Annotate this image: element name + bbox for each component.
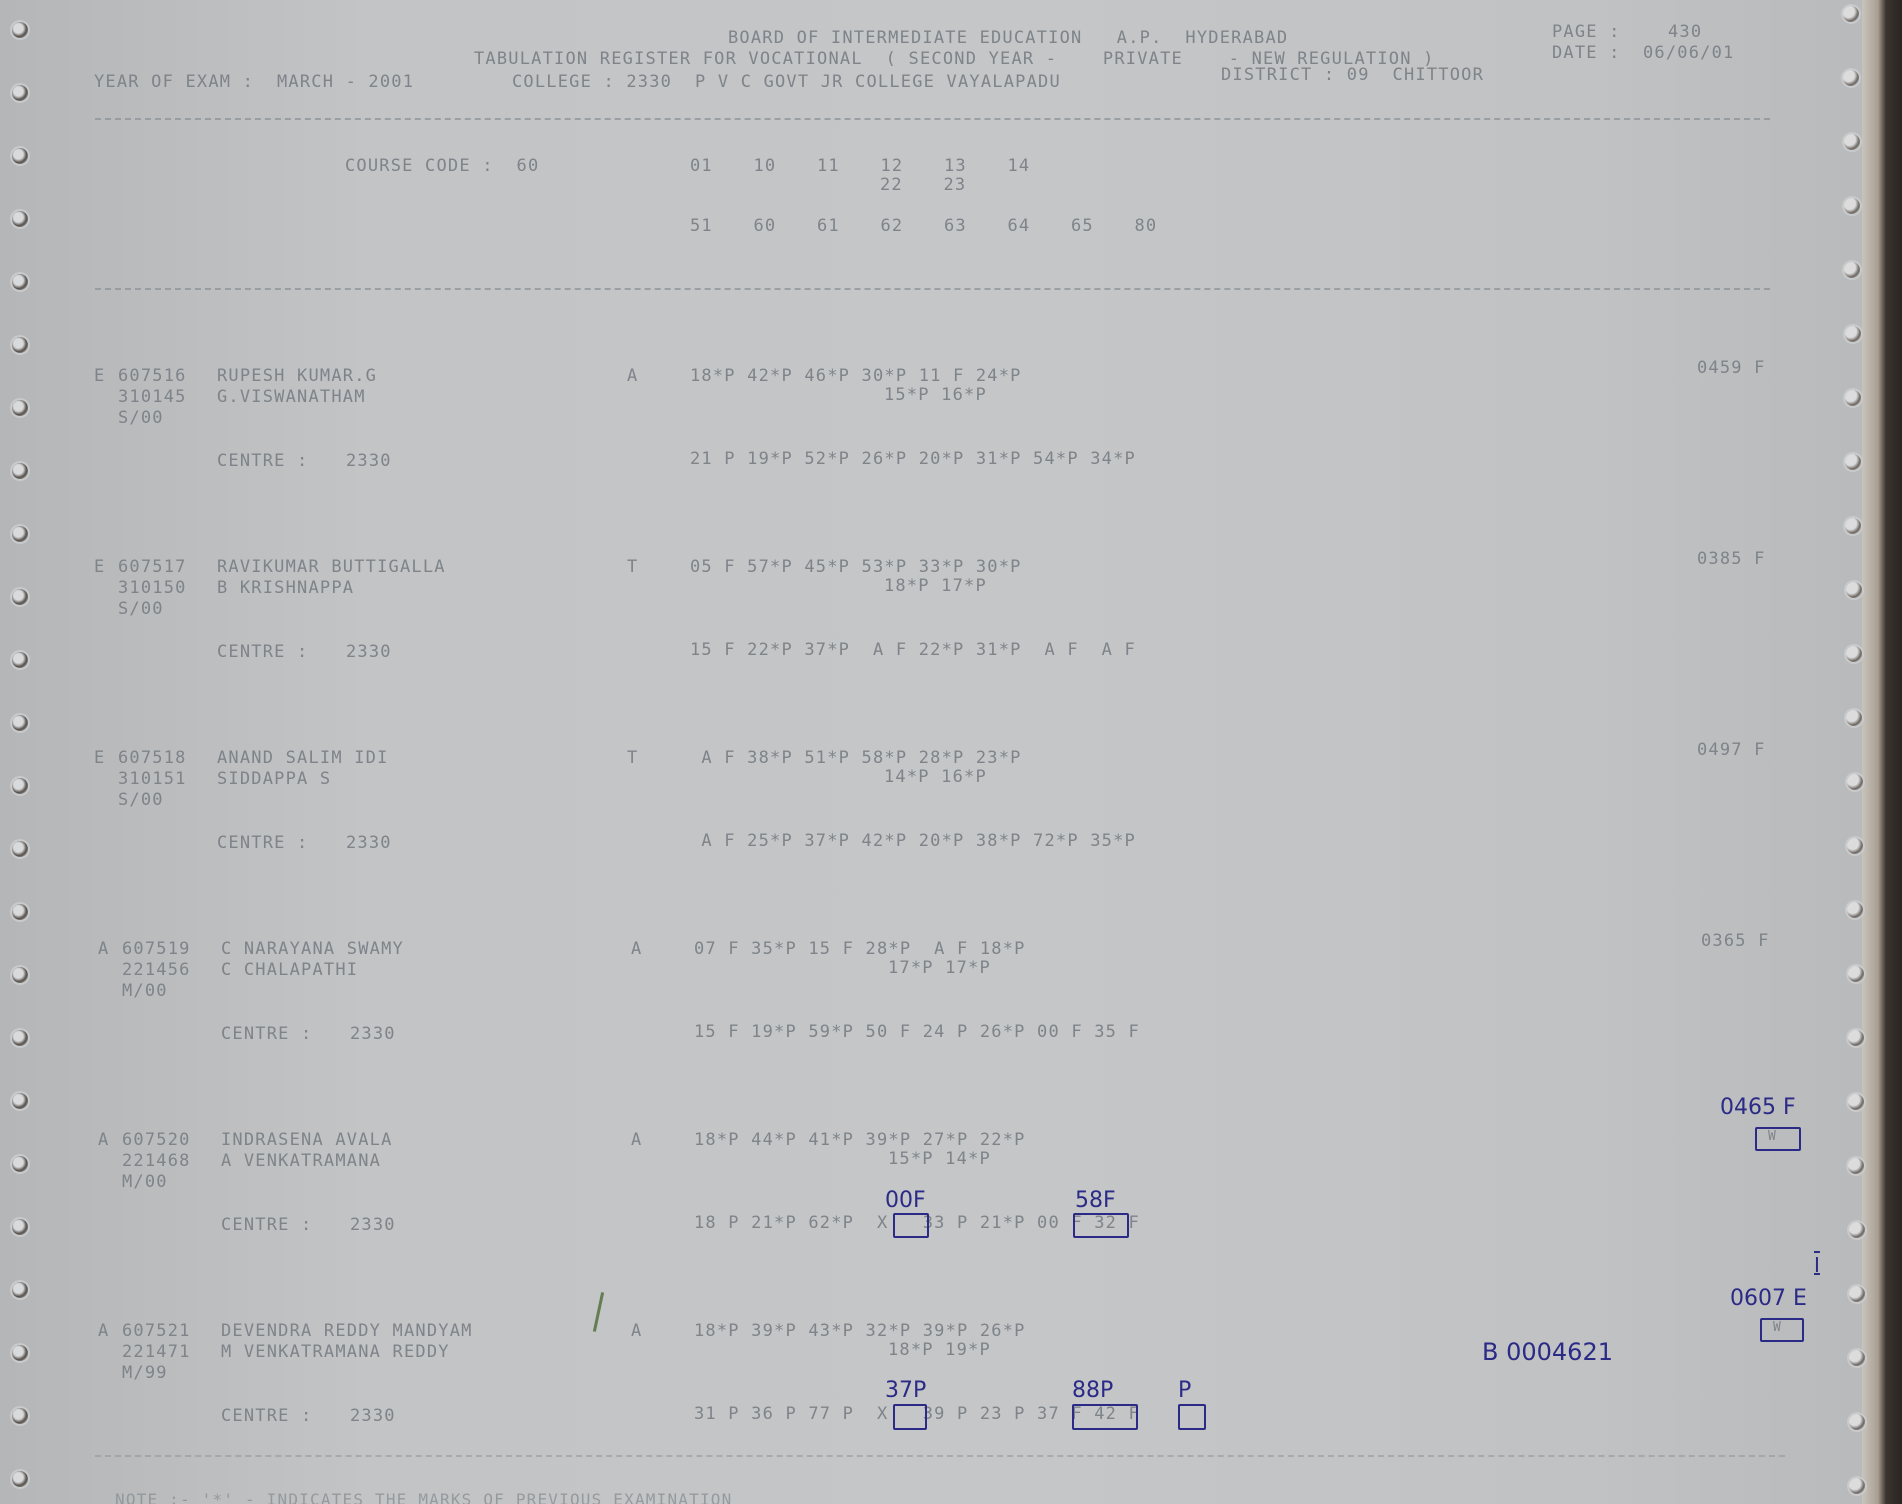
marks-part1-sub: 14*P 16*P: [884, 769, 987, 786]
registration-number: 221456: [122, 962, 191, 979]
marks-part1-sub: 17*P 17*P: [888, 960, 991, 977]
marks-part1: 18*P 42*P 46*P 30*P 11 F 24*P: [690, 368, 1022, 385]
correction-box: [1178, 1404, 1206, 1430]
marks-part1-sub: 18*P 17*P: [884, 578, 987, 595]
marks-part2: 15 F 19*P 59*P 50 F 24 P 26*P 00 F 35 F: [694, 1024, 1140, 1041]
feed-hole: [12, 22, 28, 38]
feed-hole: [12, 1093, 28, 1109]
centre-label: CENTRE :: [217, 644, 308, 661]
medium-code: A: [627, 368, 638, 385]
student-prefix: E: [94, 750, 105, 767]
centre-label: CENTRE :: [221, 1026, 312, 1043]
handwritten-mark: 00F: [885, 1190, 926, 1212]
parent-name: C CHALAPATHI: [221, 962, 358, 979]
year-of-exam: YEAR OF EXAM : MARCH - 2001: [94, 74, 414, 91]
feed-hole: [12, 1471, 28, 1487]
student-name: RAVIKUMAR BUTTIGALLA: [217, 559, 446, 576]
centre-code: 2330: [350, 1217, 396, 1234]
marks-part1-sub: 18*P 19*P: [888, 1342, 991, 1359]
subject-code: 64: [1008, 218, 1031, 235]
handwritten-total: 0465 F: [1720, 1097, 1796, 1119]
hall-ticket-number: 607517: [118, 559, 187, 576]
feed-hole: [1844, 134, 1860, 150]
feed-hole: [12, 1030, 28, 1046]
board-title: BOARD OF INTERMEDIATE EDUCATION A.P. HYD…: [728, 30, 1288, 47]
parent-name: M VENKATRAMANA REDDY: [221, 1344, 450, 1361]
feed-hole: [12, 526, 28, 542]
feed-hole: [12, 463, 28, 479]
subject-code: 63: [944, 218, 967, 235]
student-prefix: E: [94, 368, 105, 385]
registration-number: 221471: [122, 1344, 191, 1361]
centre-label: CENTRE :: [217, 453, 308, 470]
marks-part1: 18*P 39*P 43*P 32*P 39*P 26*P: [694, 1323, 1026, 1340]
course-code: COURSE CODE : 60: [345, 158, 539, 175]
correction-box: [1072, 1404, 1138, 1430]
feed-hole: [12, 589, 28, 605]
feed-hole: [1849, 1286, 1865, 1302]
medium-code: T: [627, 750, 638, 767]
feed-hole: [1843, 6, 1859, 22]
divider: [95, 118, 1770, 120]
hall-ticket-number: 607518: [118, 750, 187, 767]
registration-number: 310151: [118, 771, 187, 788]
marks-part2: 15 F 22*P 37*P A F 22*P 31*P A F A F: [690, 642, 1136, 659]
subject-code: 01: [690, 158, 713, 175]
medium-code: A: [631, 941, 642, 958]
hall-ticket-number: 607519: [122, 941, 191, 958]
feed-hole: [12, 211, 28, 227]
hall-ticket-number: 607521: [122, 1323, 191, 1340]
centre-code: 2330: [346, 644, 392, 661]
feed-hole: [12, 274, 28, 290]
subject-code: 12: [881, 158, 904, 175]
registration-number: 310150: [118, 580, 187, 597]
marks-part1: 18*P 44*P 41*P 39*P 27*P 22*P: [694, 1132, 1026, 1149]
feed-hole: [1849, 1414, 1865, 1430]
subject-code: 51: [690, 218, 713, 235]
feed-hole: [12, 1282, 28, 1298]
handwritten-mark: 88P: [1072, 1380, 1113, 1402]
feed-hole: [1844, 198, 1860, 214]
footer-note: NOTE :- '*' - INDICATES THE MARKS OF PRE…: [115, 1490, 732, 1504]
feed-hole: [1846, 582, 1862, 598]
feed-hole: [12, 1408, 28, 1424]
total-result: 0497 F: [1697, 742, 1766, 759]
parent-name: SIDDAPPA S: [217, 771, 331, 788]
feed-hole: [1849, 1350, 1865, 1366]
student-name: INDRASENA AVALA: [221, 1132, 393, 1149]
feed-hole: [12, 148, 28, 164]
page-number: 430: [1668, 24, 1702, 41]
hall-ticket-number: 607520: [122, 1132, 191, 1149]
feed-hole: [12, 85, 28, 101]
handwritten-grade: I: [1814, 1255, 1820, 1275]
marks-part1-sub: 15*P 16*P: [884, 387, 987, 404]
feed-hole: [1849, 1222, 1865, 1238]
stamp-letter: W: [1773, 1321, 1782, 1334]
date-label: DATE :: [1552, 45, 1621, 62]
divider: [95, 1455, 1785, 1457]
feed-hole: [1848, 966, 1864, 982]
subject-code: 65: [1071, 218, 1094, 235]
total-result: 0385 F: [1697, 551, 1766, 568]
student-category: S/00: [118, 410, 164, 427]
marks-part2: A F 25*P 37*P 42*P 20*P 38*P 72*P 35*P: [690, 833, 1136, 850]
correction-box: [893, 1213, 929, 1238]
hall-ticket-number: 607516: [118, 368, 187, 385]
student-prefix: A: [98, 941, 109, 958]
student-prefix: E: [94, 559, 105, 576]
centre-label: CENTRE :: [217, 835, 308, 852]
feed-hole: [1845, 390, 1861, 406]
parent-name: A VENKATRAMANA: [221, 1153, 381, 1170]
subject-code: 22: [880, 177, 903, 194]
handwritten-reference: B 0004621: [1482, 1340, 1613, 1364]
feed-hole: [12, 1219, 28, 1235]
student-category: M/00: [122, 983, 168, 1000]
subject-code: 13: [944, 158, 967, 175]
subject-code: 60: [754, 218, 777, 235]
stamp-letter: W: [1768, 1130, 1777, 1143]
student-name: C NARAYANA SWAMY: [221, 941, 404, 958]
subject-code: 10: [754, 158, 777, 175]
total-result: 0365 F: [1701, 933, 1770, 950]
feed-hole: [1849, 1478, 1865, 1494]
handwritten-total: 0607 E: [1730, 1288, 1807, 1310]
subject-code: 61: [817, 218, 840, 235]
centre-code: 2330: [346, 835, 392, 852]
feed-hole: [12, 337, 28, 353]
total-result: 0459 F: [1697, 360, 1766, 377]
student-category: M/99: [122, 1365, 168, 1382]
centre-label: CENTRE :: [221, 1408, 312, 1425]
feed-hole: [12, 1156, 28, 1172]
student-category: M/00: [122, 1174, 168, 1191]
feed-hole: [12, 841, 28, 857]
centre-label: CENTRE :: [221, 1217, 312, 1234]
centre-code: 2330: [346, 453, 392, 470]
feed-hole: [1846, 646, 1862, 662]
binder-edge: [1862, 0, 1902, 1504]
centre-code: 2330: [350, 1026, 396, 1043]
feed-hole: [12, 904, 28, 920]
correction-box: [893, 1404, 927, 1430]
divider: [95, 288, 1770, 290]
feed-hole: [1845, 326, 1861, 342]
student-name: ANAND SALIM IDI: [217, 750, 389, 767]
feed-hole: [12, 400, 28, 416]
college: COLLEGE : 2330 P V C GOVT JR COLLEGE VAY…: [512, 74, 1061, 91]
feed-hole: [1847, 838, 1863, 854]
student-category: S/00: [118, 792, 164, 809]
student-prefix: A: [98, 1132, 109, 1149]
marks-part1-sub: 15*P 14*P: [888, 1151, 991, 1168]
student-name: RUPESH KUMAR.G: [217, 368, 377, 385]
registration-number: 221468: [122, 1153, 191, 1170]
feed-hole: [1848, 1094, 1864, 1110]
feed-hole: [12, 715, 28, 731]
feed-hole: [1845, 454, 1861, 470]
medium-code: A: [631, 1132, 642, 1149]
feed-hole: [12, 967, 28, 983]
marks-part2: 21 P 19*P 52*P 26*P 20*P 31*P 54*P 34*P: [690, 451, 1136, 468]
student-prefix: A: [98, 1323, 109, 1340]
page-label: PAGE :: [1552, 24, 1621, 41]
student-name: DEVENDRA REDDY MANDYAM: [221, 1323, 473, 1340]
parent-name: B KRISHNAPPA: [217, 580, 354, 597]
date: 06/06/01: [1643, 45, 1734, 62]
correction-box: [1073, 1213, 1129, 1238]
parent-name: G.VISWANATHAM: [217, 389, 366, 406]
feed-hole: [1848, 1030, 1864, 1046]
student-category: S/00: [118, 601, 164, 618]
feed-hole: [1847, 774, 1863, 790]
medium-code: A: [631, 1323, 642, 1340]
handwritten-mark: P: [1178, 1380, 1191, 1402]
marks-part1: A F 38*P 51*P 58*P 28*P 23*P: [690, 750, 1022, 767]
marks-part1: 07 F 35*P 15 F 28*P A F 18*P: [694, 941, 1026, 958]
feed-hole: [12, 652, 28, 668]
handwritten-mark: 58F: [1075, 1190, 1116, 1212]
subject-code: 62: [881, 218, 904, 235]
registration-number: 310145: [118, 389, 187, 406]
subject-code: 80: [1135, 218, 1158, 235]
medium-code: T: [627, 559, 638, 576]
stamp-box: [1755, 1127, 1801, 1151]
district: DISTRICT : 09 CHITTOOR: [1221, 67, 1484, 84]
feed-hole: [12, 1345, 28, 1361]
feed-hole: [12, 778, 28, 794]
centre-code: 2330: [350, 1408, 396, 1425]
subject-code: 23: [944, 177, 967, 194]
subject-code: 14: [1008, 158, 1031, 175]
handwritten-mark: 37P: [885, 1380, 926, 1402]
subject-code: 11: [817, 158, 840, 175]
marks-part1: 05 F 57*P 45*P 53*P 33*P 30*P: [690, 559, 1022, 576]
